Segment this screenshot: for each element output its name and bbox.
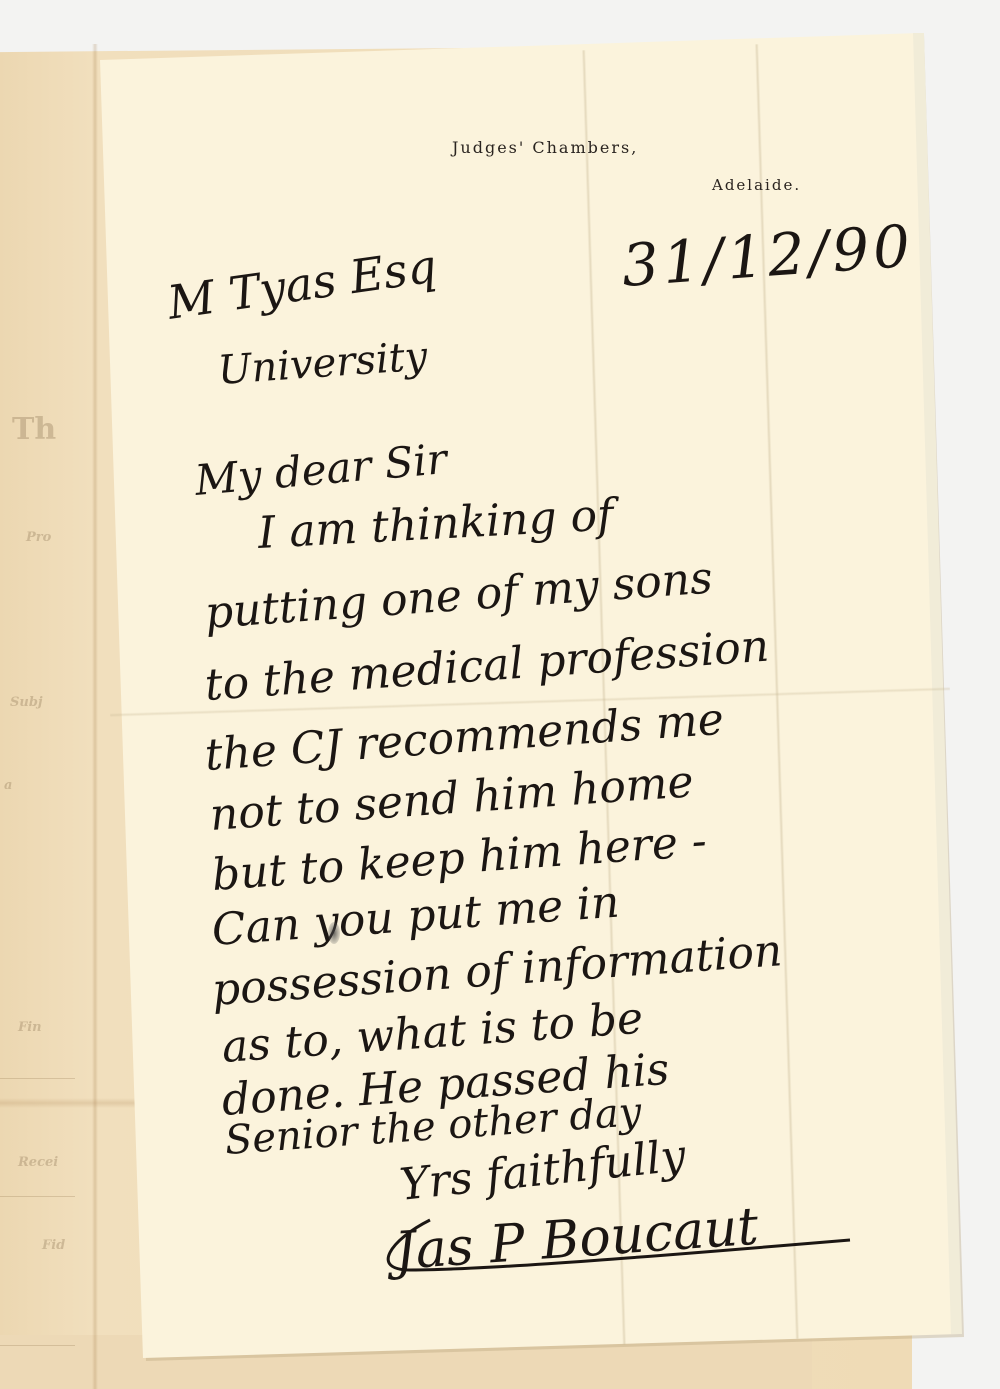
ghost-text: Th (12, 412, 56, 447)
ghost-text: Pro (26, 530, 51, 545)
underlying-sheet-fold (92, 44, 98, 1389)
ghost-rule (0, 1196, 75, 1197)
ghost-rule (0, 1078, 75, 1079)
ghost-text: Recei (18, 1155, 58, 1170)
ghost-text: Fin (18, 1020, 42, 1035)
ghost-text: Fid (42, 1238, 65, 1253)
ghost-rule (0, 1345, 75, 1346)
ghost-text: Subj (10, 695, 43, 710)
signature-flourish-icon (370, 1200, 870, 1280)
letterhead-chambers: Judges' Chambers, (452, 138, 638, 157)
underlying-sheet-hfold (0, 1098, 140, 1108)
ghost-text: a (4, 778, 12, 793)
letterhead-city: Adelaide. (712, 176, 801, 194)
ink-blot (328, 922, 340, 944)
